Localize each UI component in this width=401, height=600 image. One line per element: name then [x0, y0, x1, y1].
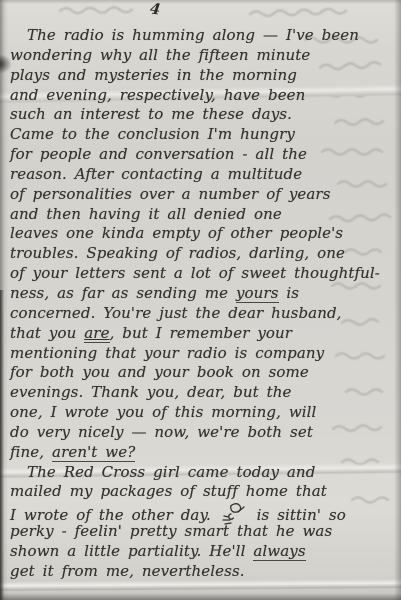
handwriting-line: concerned. You're just the dear husband,: [10, 304, 399, 324]
handwriting-text: that you: [10, 324, 84, 342]
handwriting-text: shown a little partiality. He'll: [10, 542, 253, 560]
handwriting-text: ness, as far as sending me: [10, 284, 236, 302]
handwriting-text: is: [279, 284, 300, 302]
handwriting-line: and then having it all denied one: [10, 205, 399, 225]
handwriting-text: reason. After contacting a multitude: [10, 165, 302, 183]
handwriting-line: wondering why all the fifteen minute: [10, 46, 399, 66]
handwriting-line: ness, as far as sending me yours is: [10, 284, 399, 304]
handwriting-text: and then having it all denied one: [10, 205, 282, 223]
handwriting-text: mentioning that your radio is company: [10, 344, 324, 362]
handwriting-line: I wrote of the other day. is sittin' so: [10, 502, 399, 522]
handwriting-lines: The radio is humming along — I've beenwo…: [10, 26, 399, 582]
handwriting-text: for both you and your book on some: [10, 363, 309, 381]
handwriting-text: for people and conversation - all the: [10, 145, 307, 163]
handwriting-text: of your letters sent a lot of sweet thou…: [10, 264, 380, 282]
handwriting-line: The Red Cross girl came today and: [10, 463, 399, 483]
handwriting-line: one, I wrote you of this morning, will: [10, 403, 399, 423]
handwriting-line: do very nicely — now, we're both set: [10, 423, 399, 443]
handwriting-text: The radio is humming along — I've been: [27, 26, 359, 44]
handwriting-line: of personalities over a number of years: [10, 185, 399, 205]
handwriting-text: such an interest to me these days.: [10, 105, 292, 123]
handwriting-line: of your letters sent a lot of sweet thou…: [10, 264, 399, 284]
handwriting-text: do very nicely — now, we're both set: [10, 423, 313, 441]
handwriting-line: reason. After contacting a multitude: [10, 165, 399, 185]
handwriting-text: wondering why all the fifteen minute: [10, 46, 310, 64]
handwriting-text: troubles. Speaking of radios, darling, o…: [10, 244, 345, 262]
handwriting-text: evenings. Thank you, dear, but the: [10, 383, 292, 401]
handwriting-line: troubles. Speaking of radios, darling, o…: [10, 244, 399, 264]
handwriting-line: get it from me, nevertheless.: [10, 562, 399, 582]
handwriting-text: Came to the conclusion I'm hungry: [10, 125, 295, 143]
handwriting-line: evenings. Thank you, dear, but the: [10, 383, 399, 403]
handwriting-line: that you are, but I remember your: [10, 324, 399, 344]
handwriting-text: of personalities over a number of years: [10, 185, 331, 203]
handwriting-line: leaves one kinda empty of other people's: [10, 224, 399, 244]
handwriting-text: get it from me, nevertheless.: [10, 562, 245, 580]
handwriting-text: leaves one kinda empty of other people's: [10, 224, 343, 242]
handwriting-line: for both you and your book on some: [10, 363, 399, 383]
handwriting-line: such an interest to me these days.: [10, 105, 399, 125]
handwriting-text: one, I wrote you of this morning, will: [10, 403, 316, 421]
handwriting-line: mailed my packages of stuff home that: [10, 482, 399, 502]
handwriting-text: fine,: [10, 443, 52, 461]
handwriting-line: The radio is humming along — I've been: [10, 26, 399, 46]
handwriting-line: shown a little partiality. He'll always: [10, 542, 399, 562]
handwriting-text: yours: [236, 284, 279, 303]
handwriting-line: fine, aren't we?: [10, 443, 399, 463]
letter-page: 4 The radio is humming along — I've been…: [0, 0, 401, 600]
handwriting-line: for people and conversation - all the: [10, 145, 399, 165]
handwriting-line: Came to the conclusion I'm hungry: [10, 125, 399, 145]
handwriting-line: plays and mysteries in the morning: [10, 66, 399, 86]
handwriting-line: perky - feelin' pretty smart that he was: [10, 522, 399, 542]
handwriting-line: and evening, respectively, have been: [10, 86, 399, 106]
handwriting-text: concerned. You're just the dear husband,: [10, 304, 342, 322]
handwriting-text: , but I remember your: [110, 324, 293, 342]
handwriting-text: always: [253, 542, 305, 561]
handwriting-text: mailed my packages of stuff home that: [10, 482, 327, 500]
handwriting-text: aren't we?: [52, 443, 135, 462]
handwriting-text: and evening, respectively, have been: [10, 86, 305, 104]
handwriting-text: plays and mysteries in the morning: [10, 66, 297, 84]
handwriting-text: are: [84, 324, 109, 343]
handwriting-line: mentioning that your radio is company: [10, 344, 399, 364]
handwriting-text: The Red Cross girl came today and: [27, 463, 315, 481]
handwriting-text: perky - feelin' pretty smart that he was: [10, 522, 332, 540]
